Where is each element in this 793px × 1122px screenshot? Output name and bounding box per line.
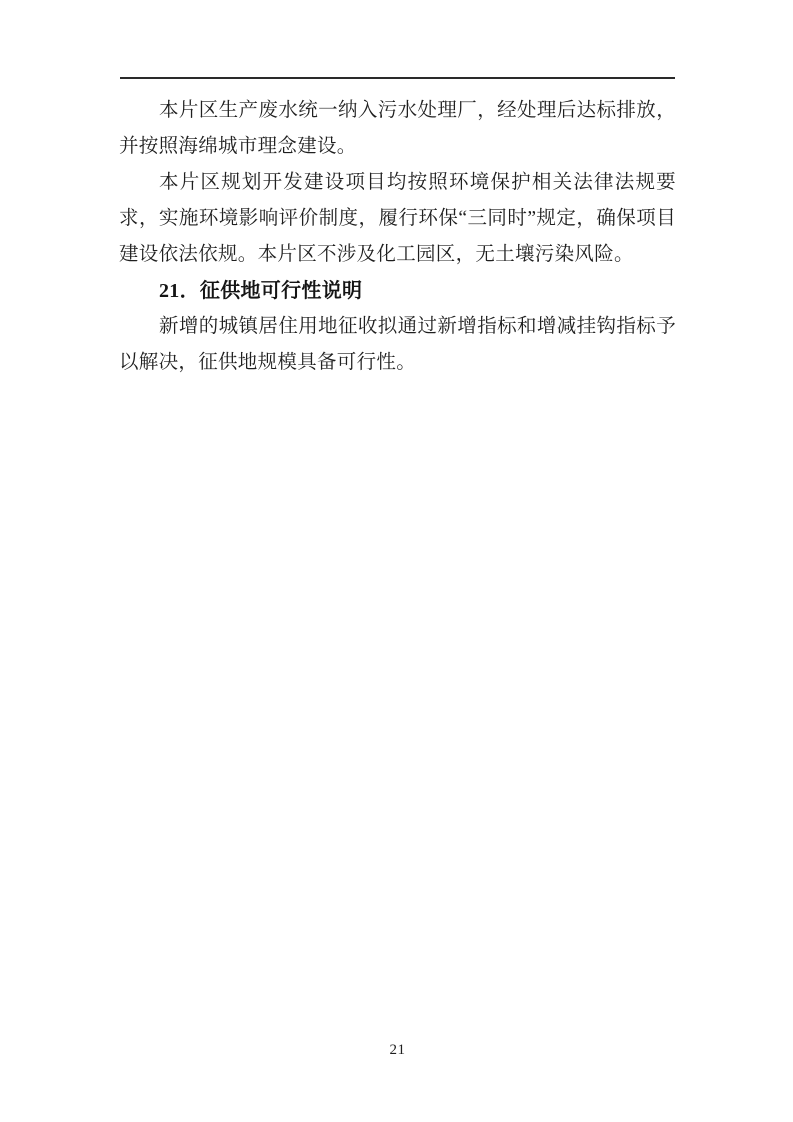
paragraph-environment-regulations: 本片区规划开发建设项目均按照环境保护相关法律法规要求，实施环境影响评价制度，履行… [119, 165, 676, 273]
paragraph-wastewater: 本片区生产废水统一纳入污水处理厂，经处理后达标排放，并按照海绵城市理念建设。 [119, 93, 676, 165]
page-footer: 21 [119, 1041, 676, 1059]
document-body: 本片区生产废水统一纳入污水处理厂，经处理后达标排放，并按照海绵城市理念建设。 本… [119, 93, 676, 381]
section-heading-land-supply-feasibility: 21．征供地可行性说明 [119, 273, 676, 309]
paragraph-land-supply-feasibility: 新增的城镇居住用地征收拟通过新增指标和增减挂钩指标予以解决，征供地规模具备可行性… [119, 309, 676, 381]
header-rule [120, 77, 675, 79]
document-page: 本片区生产废水统一纳入污水处理厂，经处理后达标排放，并按照海绵城市理念建设。 本… [0, 0, 793, 1122]
page-number: 21 [390, 1042, 406, 1058]
